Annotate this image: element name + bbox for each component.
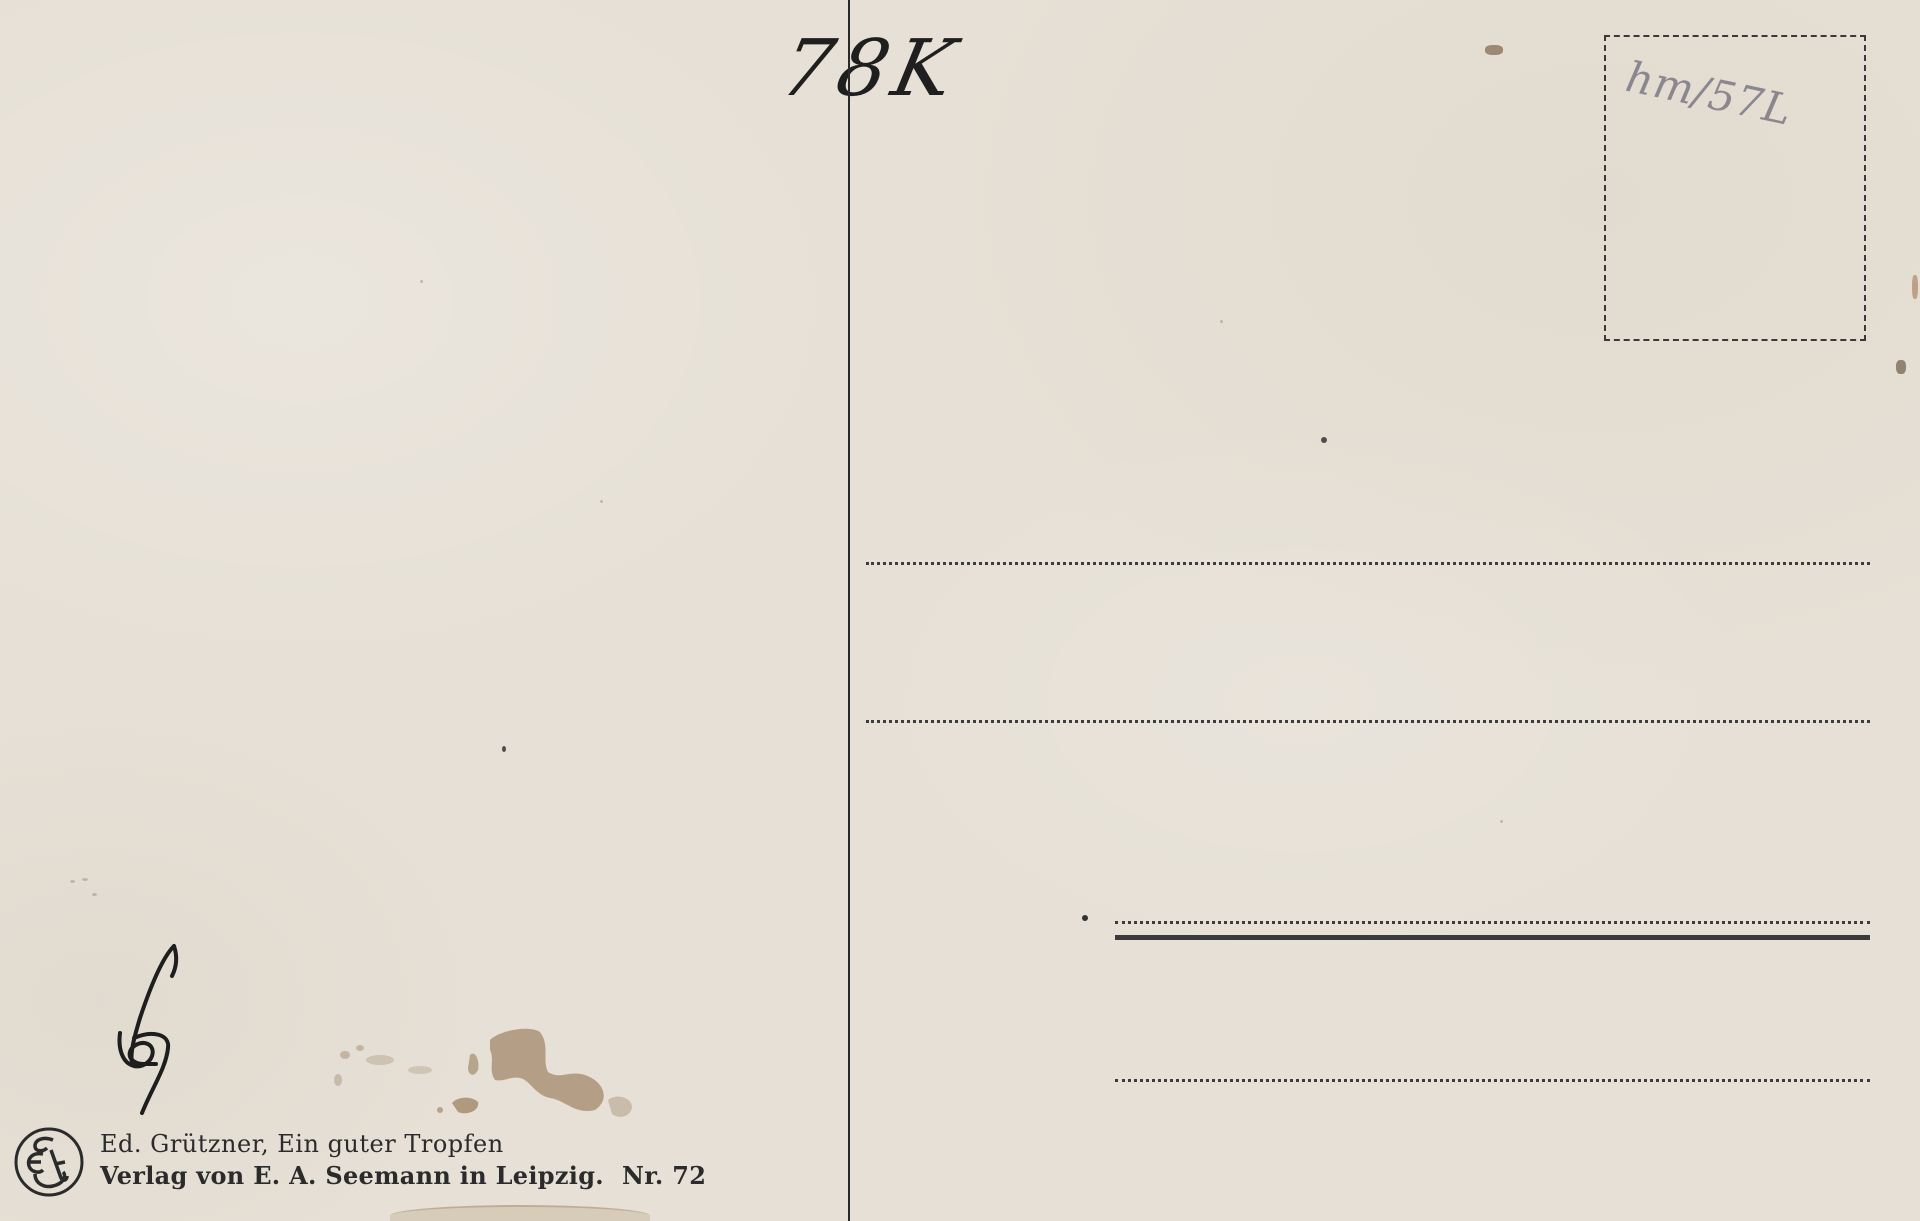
card-number: Nr. 72 <box>622 1161 706 1190</box>
address-line-solid <box>1115 935 1870 940</box>
address-line-1 <box>866 562 1870 565</box>
edge-wear-mark <box>1912 275 1918 299</box>
liquid-stain <box>320 1020 660 1130</box>
center-divider-line <box>848 0 850 1221</box>
publisher-esa-logo-icon <box>13 1126 85 1198</box>
ink-spot <box>1485 45 1503 55</box>
publisher-line: Verlag von E. A. Seemann in Leipzig.Nr. … <box>100 1160 706 1192</box>
handwritten-inventory-number: 78K <box>775 30 967 108</box>
postcard-back: 78K hm/57L <box>0 0 1920 1221</box>
bottom-edge-stain <box>390 1205 650 1221</box>
address-line-2 <box>866 720 1870 723</box>
handwritten-signature-icon <box>112 938 192 1118</box>
paper-speck <box>1500 820 1503 823</box>
artwork-credit: Ed. Grützner, Ein guter Tropfen <box>100 1128 706 1160</box>
paper-speck <box>600 500 603 503</box>
paper-speck <box>1220 320 1223 323</box>
paper-speck <box>92 893 97 896</box>
paper-speck <box>82 878 88 881</box>
address-line-3 <box>1115 921 1870 924</box>
edge-wear-mark <box>1896 360 1906 374</box>
publisher-imprint: Ed. Grützner, Ein guter Tropfen Verlag v… <box>100 1128 706 1192</box>
address-line-4 <box>1115 1079 1870 1082</box>
paper-speck <box>502 746 506 752</box>
address-bullet-dot <box>1082 915 1088 921</box>
paper-speck <box>70 880 75 883</box>
paper-speck <box>420 280 423 283</box>
paper-speck <box>1321 437 1327 443</box>
publisher-name: Verlag von E. A. Seemann in Leipzig. <box>100 1161 604 1190</box>
